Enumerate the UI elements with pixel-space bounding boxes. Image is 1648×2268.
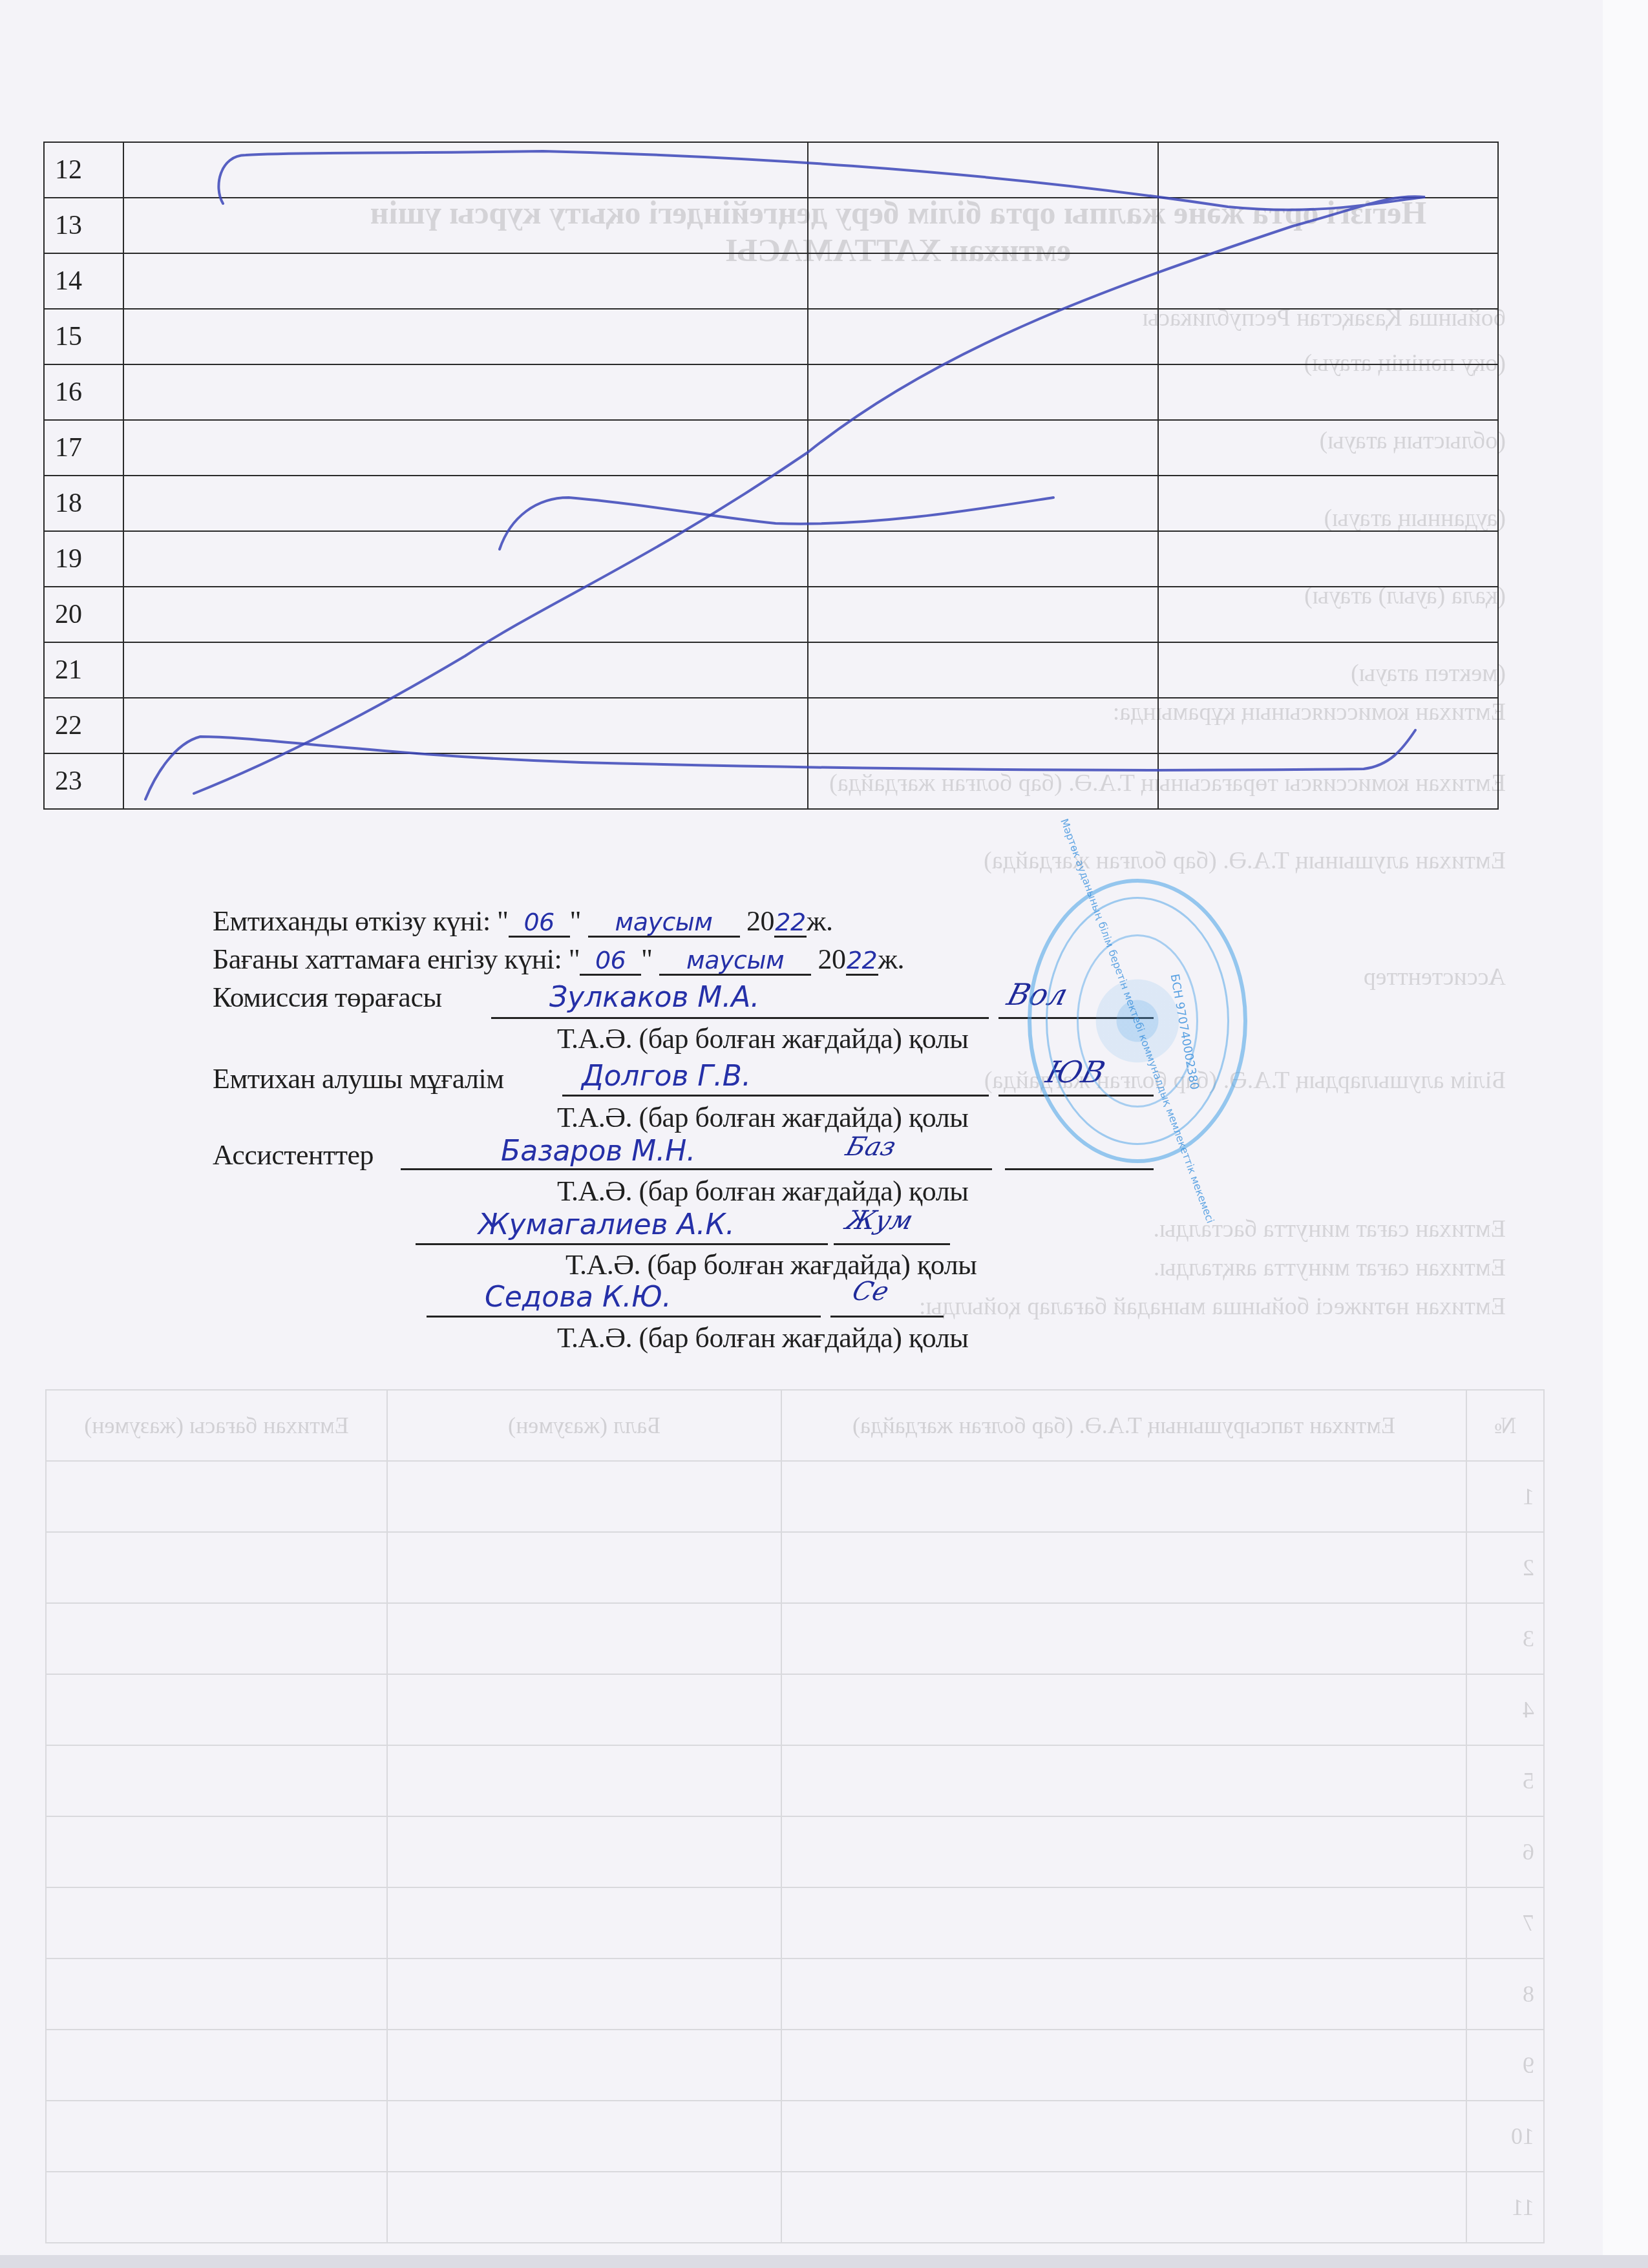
bleed-row: 9	[46, 2030, 1544, 2101]
cell-score[interactable]	[808, 753, 1158, 809]
teacher-caption: Т.А.Ә. (бар болған жағдайда) қолы	[557, 1101, 968, 1134]
official-stamp: Мәртөк ауданының білім беретін мектебі к…	[1028, 879, 1247, 1163]
bleed-row: 8	[46, 1958, 1544, 2030]
cell-num: 13	[44, 198, 123, 253]
table-row: 20	[44, 587, 1498, 642]
cell-name[interactable]	[123, 753, 808, 809]
assistant-1-signature-line	[1005, 1168, 1154, 1170]
table-row: 12	[44, 142, 1498, 198]
teacher-label: Емтихан алушы мұғалім	[213, 1062, 504, 1095]
cell-grade[interactable]	[1158, 698, 1498, 753]
table-row: 19	[44, 531, 1498, 587]
cell-score[interactable]	[808, 698, 1158, 753]
cell-name[interactable]	[123, 198, 808, 253]
exam-date-line: Емтиханды өткізу күні: "06" маусым 2022ж…	[213, 905, 832, 938]
cell-grade[interactable]	[1158, 253, 1498, 309]
cell-num: 17	[44, 420, 123, 476]
grade-entry-date-year[interactable]: 22	[846, 948, 878, 976]
assistant-1-name-line	[401, 1168, 992, 1170]
table-row: 21	[44, 642, 1498, 698]
assistant-1-signature: Баз	[843, 1132, 899, 1162]
bleed-row: 10	[46, 2101, 1544, 2172]
grade-entry-date-line: Бағаны хаттамаға енгізу күні: "06" маусы…	[213, 943, 904, 976]
cell-name[interactable]	[123, 476, 808, 531]
cell-num: 15	[44, 309, 123, 364]
assistant-3-name[interactable]: Седова К.Ю.	[485, 1281, 671, 1314]
bleed-row: 5	[46, 1745, 1544, 1816]
assistant-3-signature-line	[830, 1316, 944, 1318]
exam-date-month[interactable]: маусым	[588, 910, 740, 938]
assistant-2-signature: Жум	[843, 1206, 916, 1235]
cell-grade[interactable]	[1158, 642, 1498, 698]
cell-num: 12	[44, 142, 123, 198]
cell-score[interactable]	[808, 476, 1158, 531]
cell-name[interactable]	[123, 364, 808, 420]
cell-name[interactable]	[123, 531, 808, 587]
table-row: 16	[44, 364, 1498, 420]
cell-score[interactable]	[808, 253, 1158, 309]
cell-grade[interactable]	[1158, 753, 1498, 809]
cell-grade[interactable]	[1158, 142, 1498, 198]
cell-grade[interactable]	[1158, 198, 1498, 253]
cell-score[interactable]	[808, 531, 1158, 587]
assistants-label: Ассистенттер	[213, 1139, 374, 1171]
page-margin	[1603, 0, 1648, 2268]
cell-score[interactable]	[808, 420, 1158, 476]
table-row: 17	[44, 420, 1498, 476]
table-row: 18	[44, 476, 1498, 531]
cell-num: 20	[44, 587, 123, 642]
assistant-3-signature: Се	[849, 1277, 893, 1307]
cell-num: 18	[44, 476, 123, 531]
cell-name[interactable]	[123, 309, 808, 364]
cell-grade[interactable]	[1158, 364, 1498, 420]
table-row: 23	[44, 753, 1498, 809]
bleed-row: 3	[46, 1603, 1544, 1674]
cell-num: 23	[44, 753, 123, 809]
page-bottom-edge	[0, 2255, 1648, 2268]
bleed-row: 2	[46, 1532, 1544, 1603]
exam-date-day[interactable]: 06	[509, 910, 570, 938]
table-row: 13	[44, 198, 1498, 253]
cell-name[interactable]	[123, 253, 808, 309]
cell-grade[interactable]	[1158, 420, 1498, 476]
bleed-table: № Емтихан тапсырушының Т.А.Ә. (бар болға…	[45, 1389, 1545, 2243]
table-row: 22	[44, 698, 1498, 753]
cell-name[interactable]	[123, 142, 808, 198]
cell-name[interactable]	[123, 642, 808, 698]
cell-num: 19	[44, 531, 123, 587]
assistant-1-name[interactable]: Базаров М.Н.	[501, 1135, 695, 1168]
cell-name[interactable]	[123, 420, 808, 476]
chairman-label: Комиссия төрағасы	[213, 981, 441, 1014]
bleed-row: 6	[46, 1816, 1544, 1887]
exam-date-year[interactable]: 22	[774, 910, 807, 938]
cell-num: 22	[44, 698, 123, 753]
cell-grade[interactable]	[1158, 587, 1498, 642]
cell-grade[interactable]	[1158, 476, 1498, 531]
assistant-2-name[interactable]: Жумагалиев А.К.	[478, 1208, 735, 1241]
assistant-2-name-line	[416, 1243, 828, 1245]
table-row: 15	[44, 309, 1498, 364]
cell-score[interactable]	[808, 142, 1158, 198]
cell-score[interactable]	[808, 587, 1158, 642]
bleed-row: 7	[46, 1887, 1544, 1958]
grade-entry-date-month[interactable]: маусым	[659, 948, 811, 976]
bleed-row: 11	[46, 2172, 1544, 2243]
bleed-row: 1	[46, 1461, 1544, 1532]
cell-grade[interactable]	[1158, 531, 1498, 587]
chairman-caption: Т.А.Ә. (бар болған жағдайда) қолы	[557, 1022, 968, 1055]
teacher-name-line	[562, 1095, 989, 1097]
cell-num: 16	[44, 364, 123, 420]
cell-score[interactable]	[808, 198, 1158, 253]
bleed-row: 4	[46, 1674, 1544, 1745]
table-row: 14	[44, 253, 1498, 309]
assistant-3-name-line	[427, 1316, 821, 1318]
assistant-2-caption: Т.А.Ә. (бар болған жағдайда) қолы	[565, 1248, 977, 1281]
assistant-1-caption: Т.А.Ә. (бар болған жағдайда) қолы	[557, 1175, 968, 1208]
cell-score[interactable]	[808, 309, 1158, 364]
cell-num: 14	[44, 253, 123, 309]
grade-entry-date-day[interactable]: 06	[580, 948, 641, 976]
teacher-name[interactable]: Долгов Г.В.	[582, 1060, 751, 1093]
cell-num: 21	[44, 642, 123, 698]
cell-grade[interactable]	[1158, 309, 1498, 364]
exam-results-table: 121314151617181920212223	[43, 142, 1499, 810]
cell-name[interactable]	[123, 698, 808, 753]
cell-score[interactable]	[808, 642, 1158, 698]
cell-name[interactable]	[123, 587, 808, 642]
chairman-name-line	[491, 1017, 989, 1019]
chairman-name[interactable]: Зулкаков М.А.	[549, 981, 759, 1014]
cell-score[interactable]	[808, 364, 1158, 420]
assistant-2-signature-line	[834, 1243, 950, 1245]
assistant-3-caption: Т.А.Ә. (бар болған жағдайда) қолы	[557, 1321, 968, 1354]
